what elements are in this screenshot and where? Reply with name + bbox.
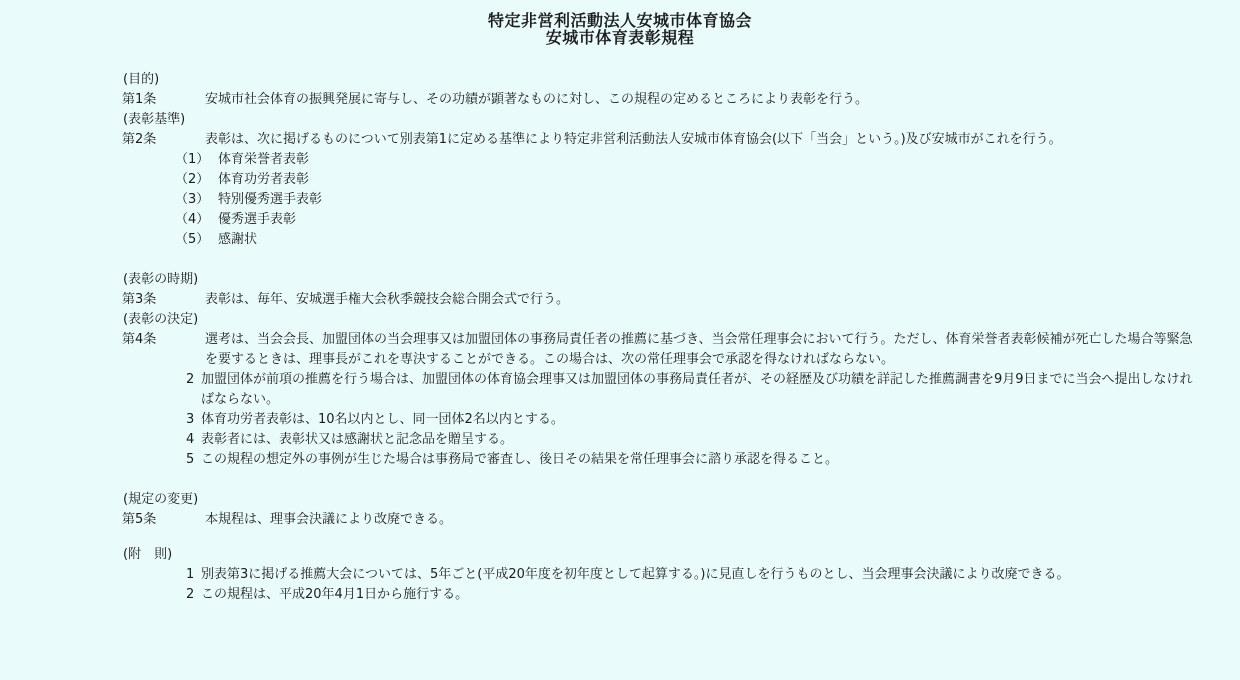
article-3-label: 第3条 (122, 290, 205, 310)
list-item-label: 特別優秀選手表彰 (218, 190, 322, 210)
heading-amendment: (規定の変更) (0, 490, 1240, 510)
list-item-number: （1） (175, 150, 218, 170)
document-title: 特定非営利活動法人安城市体育協会 安城市体育表彰規程 (0, 12, 1240, 46)
article-4-paragraph-4: 4 表彰者には、表彰状又は感謝状と記念品を贈呈する。 (0, 430, 1240, 450)
article-5: 第5条 本規程は、理事会決議により改廃できる。 (0, 510, 1240, 530)
paragraph-text: 表彰者には、表彰状又は感謝状と記念品を贈呈する。 (201, 430, 513, 450)
article-1-label: 第1条 (122, 90, 205, 110)
title-organization: 特定非営利活動法人安城市体育協会 (0, 12, 1240, 29)
article-4: 第4条 選考は、当会会長、加盟団体の当会理事又は加盟団体の事務局責任者の推薦に基… (0, 330, 1240, 370)
paragraph-number: 3 (186, 410, 201, 430)
heading-criteria: (表彰基準) (0, 110, 1240, 130)
article-5-text: 本規程は、理事会決議により改廃できる。 (205, 510, 452, 530)
article-4-paragraph-2: 2 加盟団体が前項の推薦を行う場合は、加盟団体の体育協会理事又は加盟団体の事務局… (0, 370, 1240, 410)
paragraph-number: 2 (186, 585, 201, 605)
title-regulation: 安城市体育表彰規程 (0, 29, 1240, 46)
article-2-label: 第2条 (122, 130, 205, 150)
article-4-text: 選考は、当会会長、加盟団体の当会理事又は加盟団体の事務局責任者の推薦に基づき、当… (205, 330, 1195, 370)
paragraph-number: 4 (186, 430, 201, 450)
article-4-paragraph-3: 3 体育功労者表彰は、10名以内とし、同一団体2名以内とする。 (0, 410, 1240, 430)
heading-decision: (表彰の決定) (0, 310, 1240, 330)
list-item-label: 感謝状 (218, 230, 257, 250)
list-item-number: （3） (175, 190, 218, 210)
supplementary-paragraph-2: 2 この規程は、平成20年4月1日から施行する。 (0, 585, 1240, 605)
heading-supplementary: (附 則) (0, 545, 1240, 565)
list-item-label: 体育功労者表彰 (218, 170, 309, 190)
article-5-label: 第5条 (122, 510, 205, 530)
list-item-award-4: （4） 優秀選手表彰 (0, 210, 1240, 230)
list-item-number: （4） (175, 210, 218, 230)
article-1-text: 安城市社会体育の振興発展に寄与し、その功績が顕著なものに対し、この規程の定めると… (205, 90, 868, 110)
article-4-label: 第4条 (122, 330, 205, 370)
supplementary-paragraph-1: 1 別表第3に掲げる推薦大会については、5年ごと(平成20年度を初年度として起算… (0, 565, 1240, 585)
heading-purpose: (目的) (0, 70, 1240, 90)
article-4-paragraph-5: 5 この規程の想定外の事例が生じた場合は事務局で審査し、後日その結果を常任理事会… (0, 450, 1240, 470)
paragraph-text: 別表第3に掲げる推薦大会については、5年ごと(平成20年度を初年度として起算する… (201, 565, 1069, 585)
heading-timing: (表彰の時期) (0, 270, 1240, 290)
list-item-label: 体育栄誉者表彰 (218, 150, 309, 170)
article-1: 第1条 安城市社会体育の振興発展に寄与し、その功績が顕著なものに対し、この規程の… (0, 90, 1240, 110)
list-item-label: 優秀選手表彰 (218, 210, 296, 230)
list-item-number: （2） (175, 170, 218, 190)
document-body: (目的) 第1条 安城市社会体育の振興発展に寄与し、その功績が顕著なものに対し、… (0, 70, 1240, 605)
paragraph-number: 2 (186, 370, 201, 410)
list-item-award-5: （5） 感謝状 (0, 230, 1240, 250)
paragraph-text: 加盟団体が前項の推薦を行う場合は、加盟団体の体育協会理事又は加盟団体の事務局責任… (201, 370, 1196, 410)
paragraph-number: 5 (186, 450, 201, 470)
article-3-text: 表彰は、毎年、安城選手権大会秋季競技会総合開会式で行う。 (205, 290, 569, 310)
article-2: 第2条 表彰は、次に掲げるものについて別表第1に定める基準により特定非営利活動法… (0, 130, 1240, 150)
list-item-award-3: （3） 特別優秀選手表彰 (0, 190, 1240, 210)
document-page: 特定非営利活動法人安城市体育協会 安城市体育表彰規程 (目的) 第1条 安城市社… (0, 0, 1240, 680)
paragraph-text: この規程は、平成20年4月1日から施行する。 (201, 585, 468, 605)
paragraph-number: 1 (186, 565, 201, 585)
paragraph-text: この規程の想定外の事例が生じた場合は事務局で審査し、後日その結果を常任理事会に諮… (201, 450, 838, 470)
list-item-award-1: （1） 体育栄誉者表彰 (0, 150, 1240, 170)
paragraph-text: 体育功労者表彰は、10名以内とし、同一団体2名以内とする。 (201, 410, 564, 430)
article-2-text: 表彰は、次に掲げるものについて別表第1に定める基準により特定非営利活動法人安城市… (205, 130, 1062, 150)
list-item-award-2: （2） 体育功労者表彰 (0, 170, 1240, 190)
list-item-number: （5） (175, 230, 218, 250)
article-3: 第3条 表彰は、毎年、安城選手権大会秋季競技会総合開会式で行う。 (0, 290, 1240, 310)
